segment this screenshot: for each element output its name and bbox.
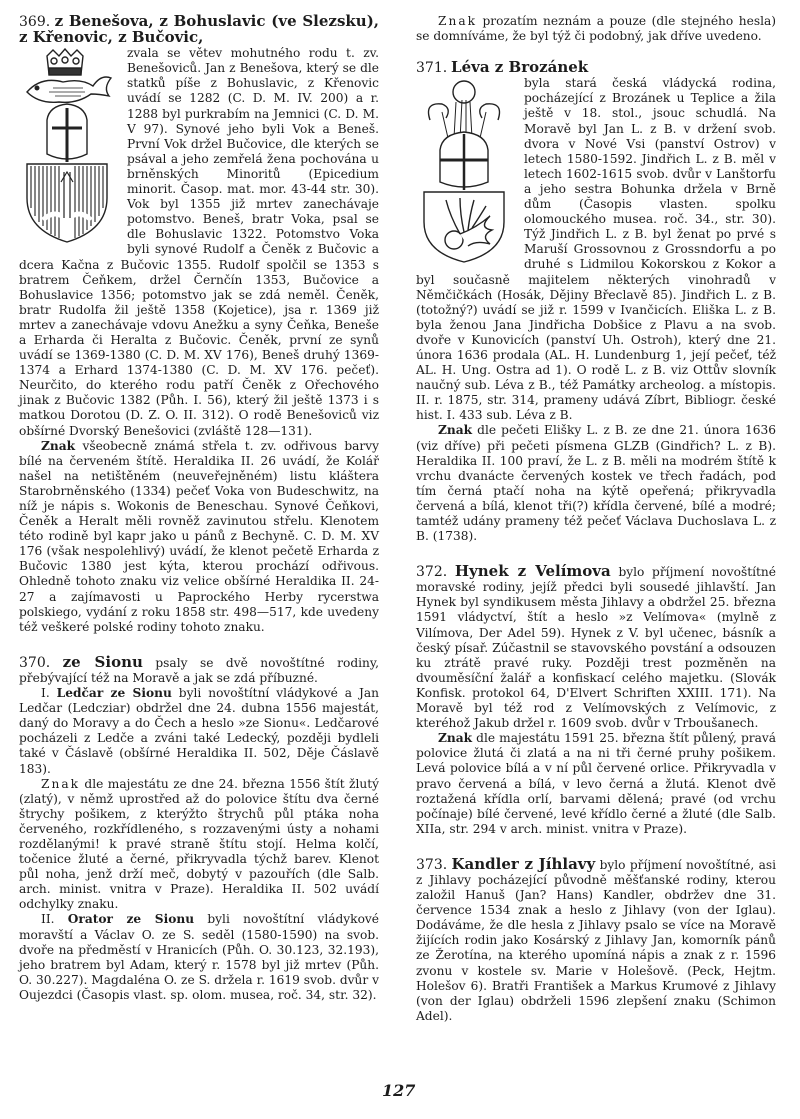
entry-title: Hynek z Velímova: [455, 562, 611, 580]
left-column: 369. z Benešova, z Bohuslavic (ve Slezsk…: [19, 14, 379, 1003]
entry-title: Léva z Brozánek: [451, 58, 588, 76]
document-page: 369. z Benešova, z Bohuslavic (ve Slezsk…: [0, 0, 800, 1119]
znak-text: dle majestátu 1591 25. března štít půlen…: [416, 731, 776, 836]
right-column: Znak prozatím neznám a pouze (dle stejné…: [416, 14, 776, 1024]
entry-intro: bylo příjmení novoštítné moravské rodiny…: [416, 565, 776, 730]
znak-label: Znak: [41, 439, 75, 453]
coat-of-arms-371-icon: [416, 78, 512, 264]
entry-372: 372. Hynek z Velímova bylo příjmení novo…: [416, 564, 776, 837]
znak-text: všeobecně známá střela t. zv. odřivous b…: [19, 439, 379, 634]
sub-name: Orator ze Sionu: [68, 912, 194, 926]
entry-number: 372.: [416, 564, 447, 580]
sub-prefix: I.: [41, 686, 50, 700]
entry-number: 373.: [416, 857, 447, 873]
sub-name: Ledčar ze Sionu: [57, 686, 172, 700]
znak-text: dle pečeti Elišky L. z B. ze dne 21. úno…: [416, 423, 776, 543]
znak-text: dle majestátu ze dne 24. března 1556 ští…: [19, 777, 379, 912]
entry-371: 371. Léva z Brozánek: [416, 60, 776, 544]
entry-title: z Benešova, z Bohuslavic (ve Slezsku), z…: [19, 12, 379, 46]
entry-number: 370.: [19, 655, 50, 671]
entry-intro: bylo příjmení novoštítné, asi z Jihlavy …: [416, 858, 776, 1023]
entry-373: 373. Kandler z Jíhlavy bylo příjmení nov…: [416, 857, 776, 1024]
page-number: 127: [382, 1081, 415, 1100]
entry-title: Kandler z Jíhlavy: [452, 855, 596, 873]
entry-370: 370. ze Sionu psaly se dvě novoštítné ro…: [19, 655, 379, 1003]
entry-title: ze Sionu: [63, 653, 143, 671]
znak-label: Znak: [438, 423, 472, 437]
entry-number: 371.: [416, 60, 447, 76]
entry-369: 369. z Benešova, z Bohuslavic (ve Slezsk…: [19, 14, 379, 635]
coat-of-arms-369-icon: [19, 48, 115, 244]
znak-label: Znak: [41, 777, 80, 791]
znak-label: Znak: [438, 14, 477, 28]
sub-prefix: II.: [41, 912, 55, 926]
znak-label: Znak: [438, 731, 472, 745]
entry-370-continuation: Znak prozatím neznám a pouze (dle stejné…: [416, 14, 776, 44]
